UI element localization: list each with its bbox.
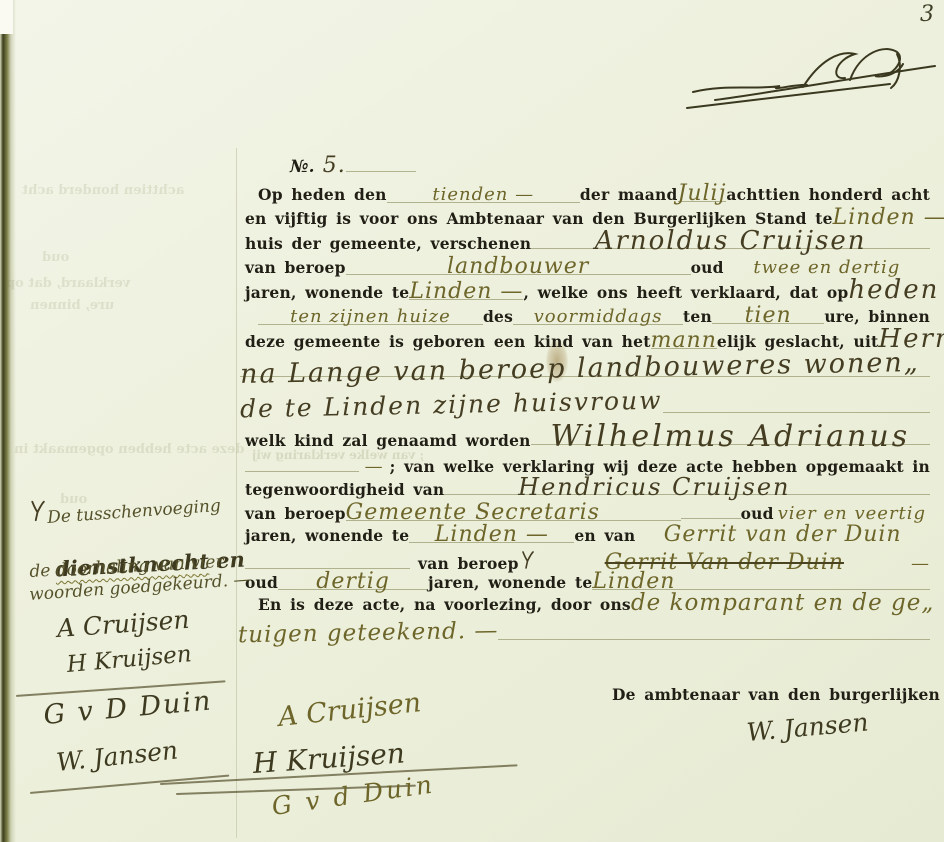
official-title: De ambtenaar van den burgerlijken stand,: [612, 686, 944, 704]
fill-month: Julij: [678, 187, 727, 202]
printed-text: oud: [741, 505, 774, 523]
fill-municipality: Linden —: [833, 211, 944, 225]
blank-rule: [864, 494, 930, 495]
form-line-10: welk kind zal genaamd worden Wilhelmus A…: [245, 430, 930, 450]
struck-witness2-name: Gerrit Van der Duin: [538, 556, 911, 570]
fill-mother-name-part1: Hermi„: [878, 332, 944, 346]
fill-child-name: Wilhelmus Adrianus: [531, 430, 930, 445]
printed-text: ten: [683, 308, 712, 326]
blank-rule: [663, 412, 931, 413]
printed-text: van beroep: [245, 259, 346, 277]
fill-birth-location: ten zijnen huize: [258, 310, 483, 325]
fill-mother-residence: de te Linden zijne huisvrouw: [240, 394, 663, 417]
fill-mother-details: na Lange van beroep landbouweres wonen„: [240, 362, 930, 377]
handwritten-dash: —: [365, 460, 384, 474]
form-line-17: En is deze acte, na voorlezing, door ons…: [258, 596, 930, 616]
act-number-label: №.: [290, 158, 315, 176]
printed-text: oud: [691, 259, 724, 277]
fill-witness1-profession: Gemeente Secretaris: [346, 506, 681, 521]
fill-closing-phrase: de komparant en de ge„: [631, 596, 934, 610]
insertion-mark-icon: [30, 500, 45, 522]
fill-witness2-residence: Linden: [592, 575, 930, 590]
blank-rule: [346, 171, 416, 172]
handwritten-dash: —: [911, 557, 930, 571]
margin-signature-2: H Kruijsen: [66, 641, 193, 678]
registrar-paraph-icon: [685, 40, 940, 112]
form-line-6: ten zijnen huize des voormiddags ten tie…: [258, 308, 930, 328]
blank-rule: [498, 639, 930, 640]
printed-text: jaren, wonende te: [428, 574, 592, 592]
bleedthrough-text: verklaard, dat op: [6, 276, 130, 291]
fill-witness1-residence: Linden —: [409, 528, 574, 543]
fill-witness1-name: Hendricus Cruijsen: [444, 480, 864, 495]
blank-rule: [681, 518, 741, 519]
printed-text: huis der gemeente, verschenen: [245, 235, 531, 253]
page-number: 3: [920, 2, 934, 27]
bleedthrough-text: oud: [42, 250, 69, 265]
printed-text: jaren, wonende te: [245, 527, 409, 545]
printed-text: tegenwoordigheid van: [245, 481, 444, 499]
fill-declarant-age: twee en dertig: [724, 261, 930, 275]
printed-text: , welke ons heeft verklaard, dat op: [523, 284, 848, 302]
form-line-5: jaren, wonende te Linden — , welke ons h…: [245, 283, 930, 303]
bleedthrough-text: deze acte hebben opgemaakt in: [14, 442, 244, 457]
act-number-value: 5.: [323, 159, 346, 173]
printed-text: der maand: [580, 186, 678, 204]
fill-declarant-profession: landbouwer: [346, 260, 691, 275]
signature-flourish: [30, 775, 229, 794]
binding-edge-top: [0, 0, 13, 34]
bleedthrough-text: achttien honderd acht: [22, 183, 184, 198]
mother-details-line: na Lange van beroep landbouweres wonen„: [240, 362, 930, 382]
form-line-12: tegenwoordigheid van Hendricus Cruijsen: [245, 480, 930, 500]
fill-witness1-age: vier en veertig: [774, 507, 930, 521]
printed-text: achttien honderd acht: [726, 186, 930, 204]
signature-registrar: W. Jansen: [745, 707, 869, 747]
act-number-line: №. 5.: [290, 158, 930, 178]
fill-birth-hour: tien: [712, 309, 824, 324]
binding-edge: [0, 0, 16, 842]
closing-phrase-continued: tuigen geteekend. —: [238, 626, 930, 646]
form-line-1: Op heden den tienden — der maand Julij a…: [258, 186, 930, 206]
fill-closing-phrase-2: tuigen geteekend. —: [238, 624, 499, 643]
fill-witness2-name: Gerrit van der Duin: [635, 528, 930, 542]
fill-declarant-residence: Linden —: [409, 285, 523, 300]
printed-text: deze gemeente is geboren een kind van he…: [245, 333, 651, 351]
printed-text: jaren, wonende te: [245, 284, 409, 302]
blank-rule: [245, 471, 359, 472]
page-crease: [236, 148, 237, 838]
margin-signature-4: W. Jansen: [55, 735, 179, 777]
form-line-14: jaren, wonende te Linden — en van Gerrit…: [245, 527, 930, 547]
printed-text: Op heden den: [258, 186, 387, 204]
insertion-mark-icon: [521, 551, 534, 569]
printed-text: des: [483, 308, 513, 326]
printed-text: van beroep: [418, 555, 519, 573]
printed-text: En is deze acte, na voorlezing, door ons: [258, 596, 631, 614]
printed-text: van beroep: [245, 505, 346, 523]
form-line-3: huis der gemeente, verschenen Arnoldus C…: [245, 234, 930, 254]
form-line-4: van beroep landbouwer oud twee en dertig: [245, 259, 930, 279]
signature-declarant: A Cruijsen: [277, 687, 423, 733]
fill-day: tienden —: [387, 188, 580, 203]
bleedthrough-text: ure, binnen: [30, 298, 114, 313]
mother-residence-line: de te Linden zijne huisvrouw: [240, 398, 930, 418]
form-line-15: van beroep Gerrit Van der Duin —: [245, 551, 930, 571]
fill-child-gender: mann: [651, 334, 717, 349]
fill-birth-daypart: voormiddags: [513, 310, 683, 325]
fill-declarant-name: Arnoldus Cruijsen: [531, 234, 930, 249]
margin-signature-1: A Cruijsen: [56, 605, 190, 643]
printed-text: welk kind zal genaamd worden: [245, 432, 531, 450]
printed-text: en van: [574, 527, 635, 545]
fill-birth-day: heden: [848, 283, 939, 297]
birth-certificate-scan: achttien honderd acht oud verklaard, dat…: [0, 0, 944, 842]
fill-witness2-age: dertig: [278, 575, 428, 590]
